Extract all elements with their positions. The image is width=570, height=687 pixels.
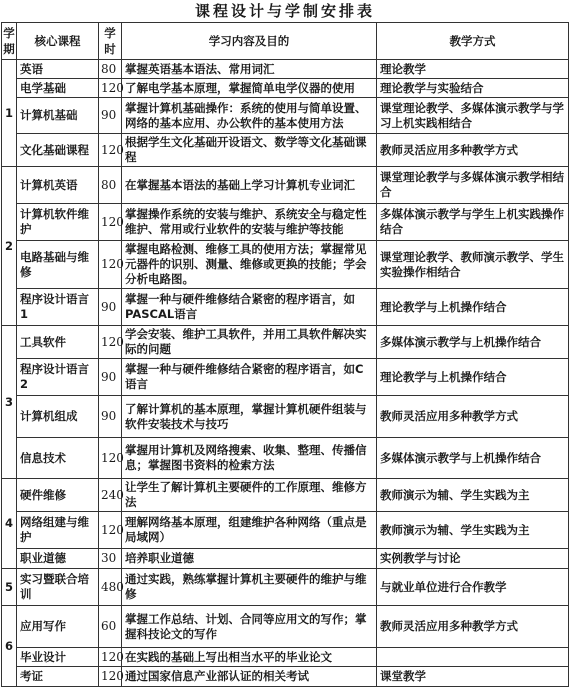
term-cell: 1: [2, 60, 17, 167]
table-row: 2计算机英语80在掌握基本语法的基础上学习计算机专业词汇课堂理论教学与多媒体演示…: [2, 167, 569, 204]
hours-cell: 120: [99, 438, 122, 479]
course-cell: 信息技术: [17, 438, 99, 479]
hours-cell: 90: [99, 359, 122, 396]
table-row: 程序设计语言290掌握一种与硬件维修结合紧密的程序语言，如C语言理论教学与上机操…: [2, 359, 569, 396]
term-cell: 5: [2, 569, 17, 606]
method-cell: 课堂理论教学与多媒体演示教学相结合: [377, 167, 569, 204]
table-row: 6应用写作60掌握工作总结、计划、合同等应用文的写作；掌握科技论文的写作教师灵活…: [2, 606, 569, 636]
course-cell: 应用写作: [17, 606, 99, 636]
header-method: 教学方式: [377, 23, 569, 60]
content-cell: 让学生了解计算机主要硬件的工作原理、维修方法: [122, 479, 377, 512]
table-row: 5实习暨联合培训480通过实践，熟练掌握计算机主要硬件的维护与维修与就业单位进行…: [2, 569, 569, 606]
method-cell: 教师灵活应用多种教学方式: [377, 134, 569, 167]
course-schedule-table: 学期 核心课程 学时 学习内容及目的 教学方式 1英语80掌握英语基本语法、常用…: [1, 22, 569, 635]
header-term: 学期: [2, 23, 17, 60]
table-row: 3工具软件120学会安装、维护工具软件，并用工具软件解决实际的问题多媒体演示教学…: [2, 326, 569, 359]
term-cell: 6: [2, 606, 17, 636]
hours-cell: 80: [99, 167, 122, 204]
page-title: 课程设计与学制安排表: [0, 0, 570, 22]
table-row: 计算机组成90了解计算机的基本原理，掌握计算机硬件组装与软件安装技术与技巧教师灵…: [2, 396, 569, 438]
method-cell: 课堂理论教学、教师演示教学、学生实验操作相结合: [377, 241, 569, 289]
table-row: 职业道德30培养职业道德实例教学与讨论: [2, 549, 569, 569]
course-cell: 工具软件: [17, 326, 99, 359]
course-cell: 电学基础: [17, 79, 99, 98]
content-cell: 了解计算机的基本原理，掌握计算机硬件组装与软件安装技术与技巧: [122, 396, 377, 438]
course-cell: 计算机英语: [17, 167, 99, 204]
term-cell: 4: [2, 479, 17, 569]
term-cell: 2: [2, 167, 17, 326]
content-cell: 了解电学基本原理，掌握简单电学仪器的使用: [122, 79, 377, 98]
course-cell: 实习暨联合培训: [17, 569, 99, 606]
content-cell: 掌握一种与硬件维修结合紧密的程序语言，如C语言: [122, 359, 377, 396]
hours-cell: 90: [99, 396, 122, 438]
hours-cell: 120: [99, 79, 122, 98]
table-row: 4硬件维修240让学生了解计算机主要硬件的工作原理、维修方法教师演示为辅、学生实…: [2, 479, 569, 512]
course-cell: 电路基础与维修: [17, 241, 99, 289]
table-row: 计算机软件维护120掌握操作系统的安装与维护、系统安全与稳定性维护、常用或行业软…: [2, 204, 569, 241]
hours-cell: 90: [99, 98, 122, 134]
hours-cell: 120: [99, 512, 122, 549]
method-cell: 理论教学与上机操作结合: [377, 289, 569, 326]
hours-cell: 480: [99, 569, 122, 606]
content-cell: 掌握英语基本语法、常用词汇: [122, 60, 377, 79]
header-content: 学习内容及目的: [122, 23, 377, 60]
method-cell: 教师灵活应用多种教学方式: [377, 606, 569, 636]
content-cell: 掌握工作总结、计划、合同等应用文的写作；掌握科技论文的写作: [122, 606, 377, 636]
method-cell: 教师灵活应用多种教学方式: [377, 396, 569, 438]
method-cell: 多媒体演示教学与上机操作结合: [377, 438, 569, 479]
table-row: 1英语80掌握英语基本语法、常用词汇理论教学: [2, 60, 569, 79]
content-cell: 培养职业道德: [122, 549, 377, 569]
course-cell: 英语: [17, 60, 99, 79]
method-cell: 教师演示为辅、学生实践为主: [377, 479, 569, 512]
table-row: 电学基础120了解电学基本原理，掌握简单电学仪器的使用理论教学与实验结合: [2, 79, 569, 98]
hours-cell: 80: [99, 60, 122, 79]
course-cell: 文化基础课程: [17, 134, 99, 167]
method-cell: 课堂理论教学、多媒体演示教学与学习上机实践相结合: [377, 98, 569, 134]
content-cell: 学会安装、维护工具软件，并用工具软件解决实际的问题: [122, 326, 377, 359]
course-cell: 计算机组成: [17, 396, 99, 438]
course-cell: 硬件维修: [17, 479, 99, 512]
table-body: 1英语80掌握英语基本语法、常用词汇理论教学电学基础120了解电学基本原理，掌握…: [2, 60, 569, 636]
hours-cell: 240: [99, 479, 122, 512]
header-course: 核心课程: [17, 23, 99, 60]
hours-cell: 60: [99, 606, 122, 636]
method-cell: 多媒体演示教学与学生上机实践操作结合: [377, 204, 569, 241]
content-cell: 掌握电路检测、维修工具的使用方法；掌握常见元器件的识别、测量、维修或更换的技能；…: [122, 241, 377, 289]
content-cell: 掌握一种与硬件维修结合紧密的程序语言，如PASCAL语言: [122, 289, 377, 326]
course-cell: 计算机软件维护: [17, 204, 99, 241]
course-cell: 职业道德: [17, 549, 99, 569]
hours-cell: 90: [99, 289, 122, 326]
content-cell: 掌握用计算机及网络搜索、收集、整理、传播信息；掌握图书资料的检索方法: [122, 438, 377, 479]
course-cell: 程序设计语言2: [17, 359, 99, 396]
table-row: 程序设计语言190掌握一种与硬件维修结合紧密的程序语言，如PASCAL语言理论教…: [2, 289, 569, 326]
method-cell: 教师演示为辅、学生实践为主: [377, 512, 569, 549]
course-cell: 计算机基础: [17, 98, 99, 134]
method-cell: 理论教学与上机操作结合: [377, 359, 569, 396]
method-cell: 理论教学: [377, 60, 569, 79]
content-cell: 理解网络基本原理，组建维护各种网络（重点是局域网）: [122, 512, 377, 549]
content-cell: 通过实践，熟练掌握计算机主要硬件的维护与维修: [122, 569, 377, 606]
content-cell: 掌握操作系统的安装与维护、系统安全与稳定性维护、常用或行业软件的安装与维护等技能: [122, 204, 377, 241]
hours-cell: 120: [99, 241, 122, 289]
course-cell: 网络组建与维护: [17, 512, 99, 549]
method-cell: 理论教学与实验结合: [377, 79, 569, 98]
header-row: 学期 核心课程 学时 学习内容及目的 教学方式: [2, 23, 569, 60]
content-cell: 掌握计算机基础操作：系统的使用与简单设置、网络的基本应用、办公软件的基本使用方法: [122, 98, 377, 134]
hours-cell: 30: [99, 549, 122, 569]
table-row: 计算机基础90掌握计算机基础操作：系统的使用与简单设置、网络的基本应用、办公软件…: [2, 98, 569, 134]
method-cell: 与就业单位进行合作教学: [377, 569, 569, 606]
term-cell: 3: [2, 326, 17, 479]
table-row: 网络组建与维护120理解网络基本原理，组建维护各种网络（重点是局域网）教师演示为…: [2, 512, 569, 549]
hours-cell: 120: [99, 134, 122, 167]
header-hours: 学时: [99, 23, 122, 60]
hours-cell: 120: [99, 326, 122, 359]
table-row: 信息技术120掌握用计算机及网络搜索、收集、整理、传播信息；掌握图书资料的检索方…: [2, 438, 569, 479]
content-cell: 在掌握基本语法的基础上学习计算机专业词汇: [122, 167, 377, 204]
hours-cell: 120: [99, 204, 122, 241]
table-row: 电路基础与维修120掌握电路检测、维修工具的使用方法；掌握常见元器件的识别、测量…: [2, 241, 569, 289]
method-cell: 多媒体演示教学与上机操作结合: [377, 326, 569, 359]
table-row: 文化基础课程120根据学生文化基础开设语文、数学等文化基础课程教师灵活应用多种教…: [2, 134, 569, 167]
content-cell: 根据学生文化基础开设语文、数学等文化基础课程: [122, 134, 377, 167]
course-cell: 程序设计语言1: [17, 289, 99, 326]
method-cell: 实例教学与讨论: [377, 549, 569, 569]
